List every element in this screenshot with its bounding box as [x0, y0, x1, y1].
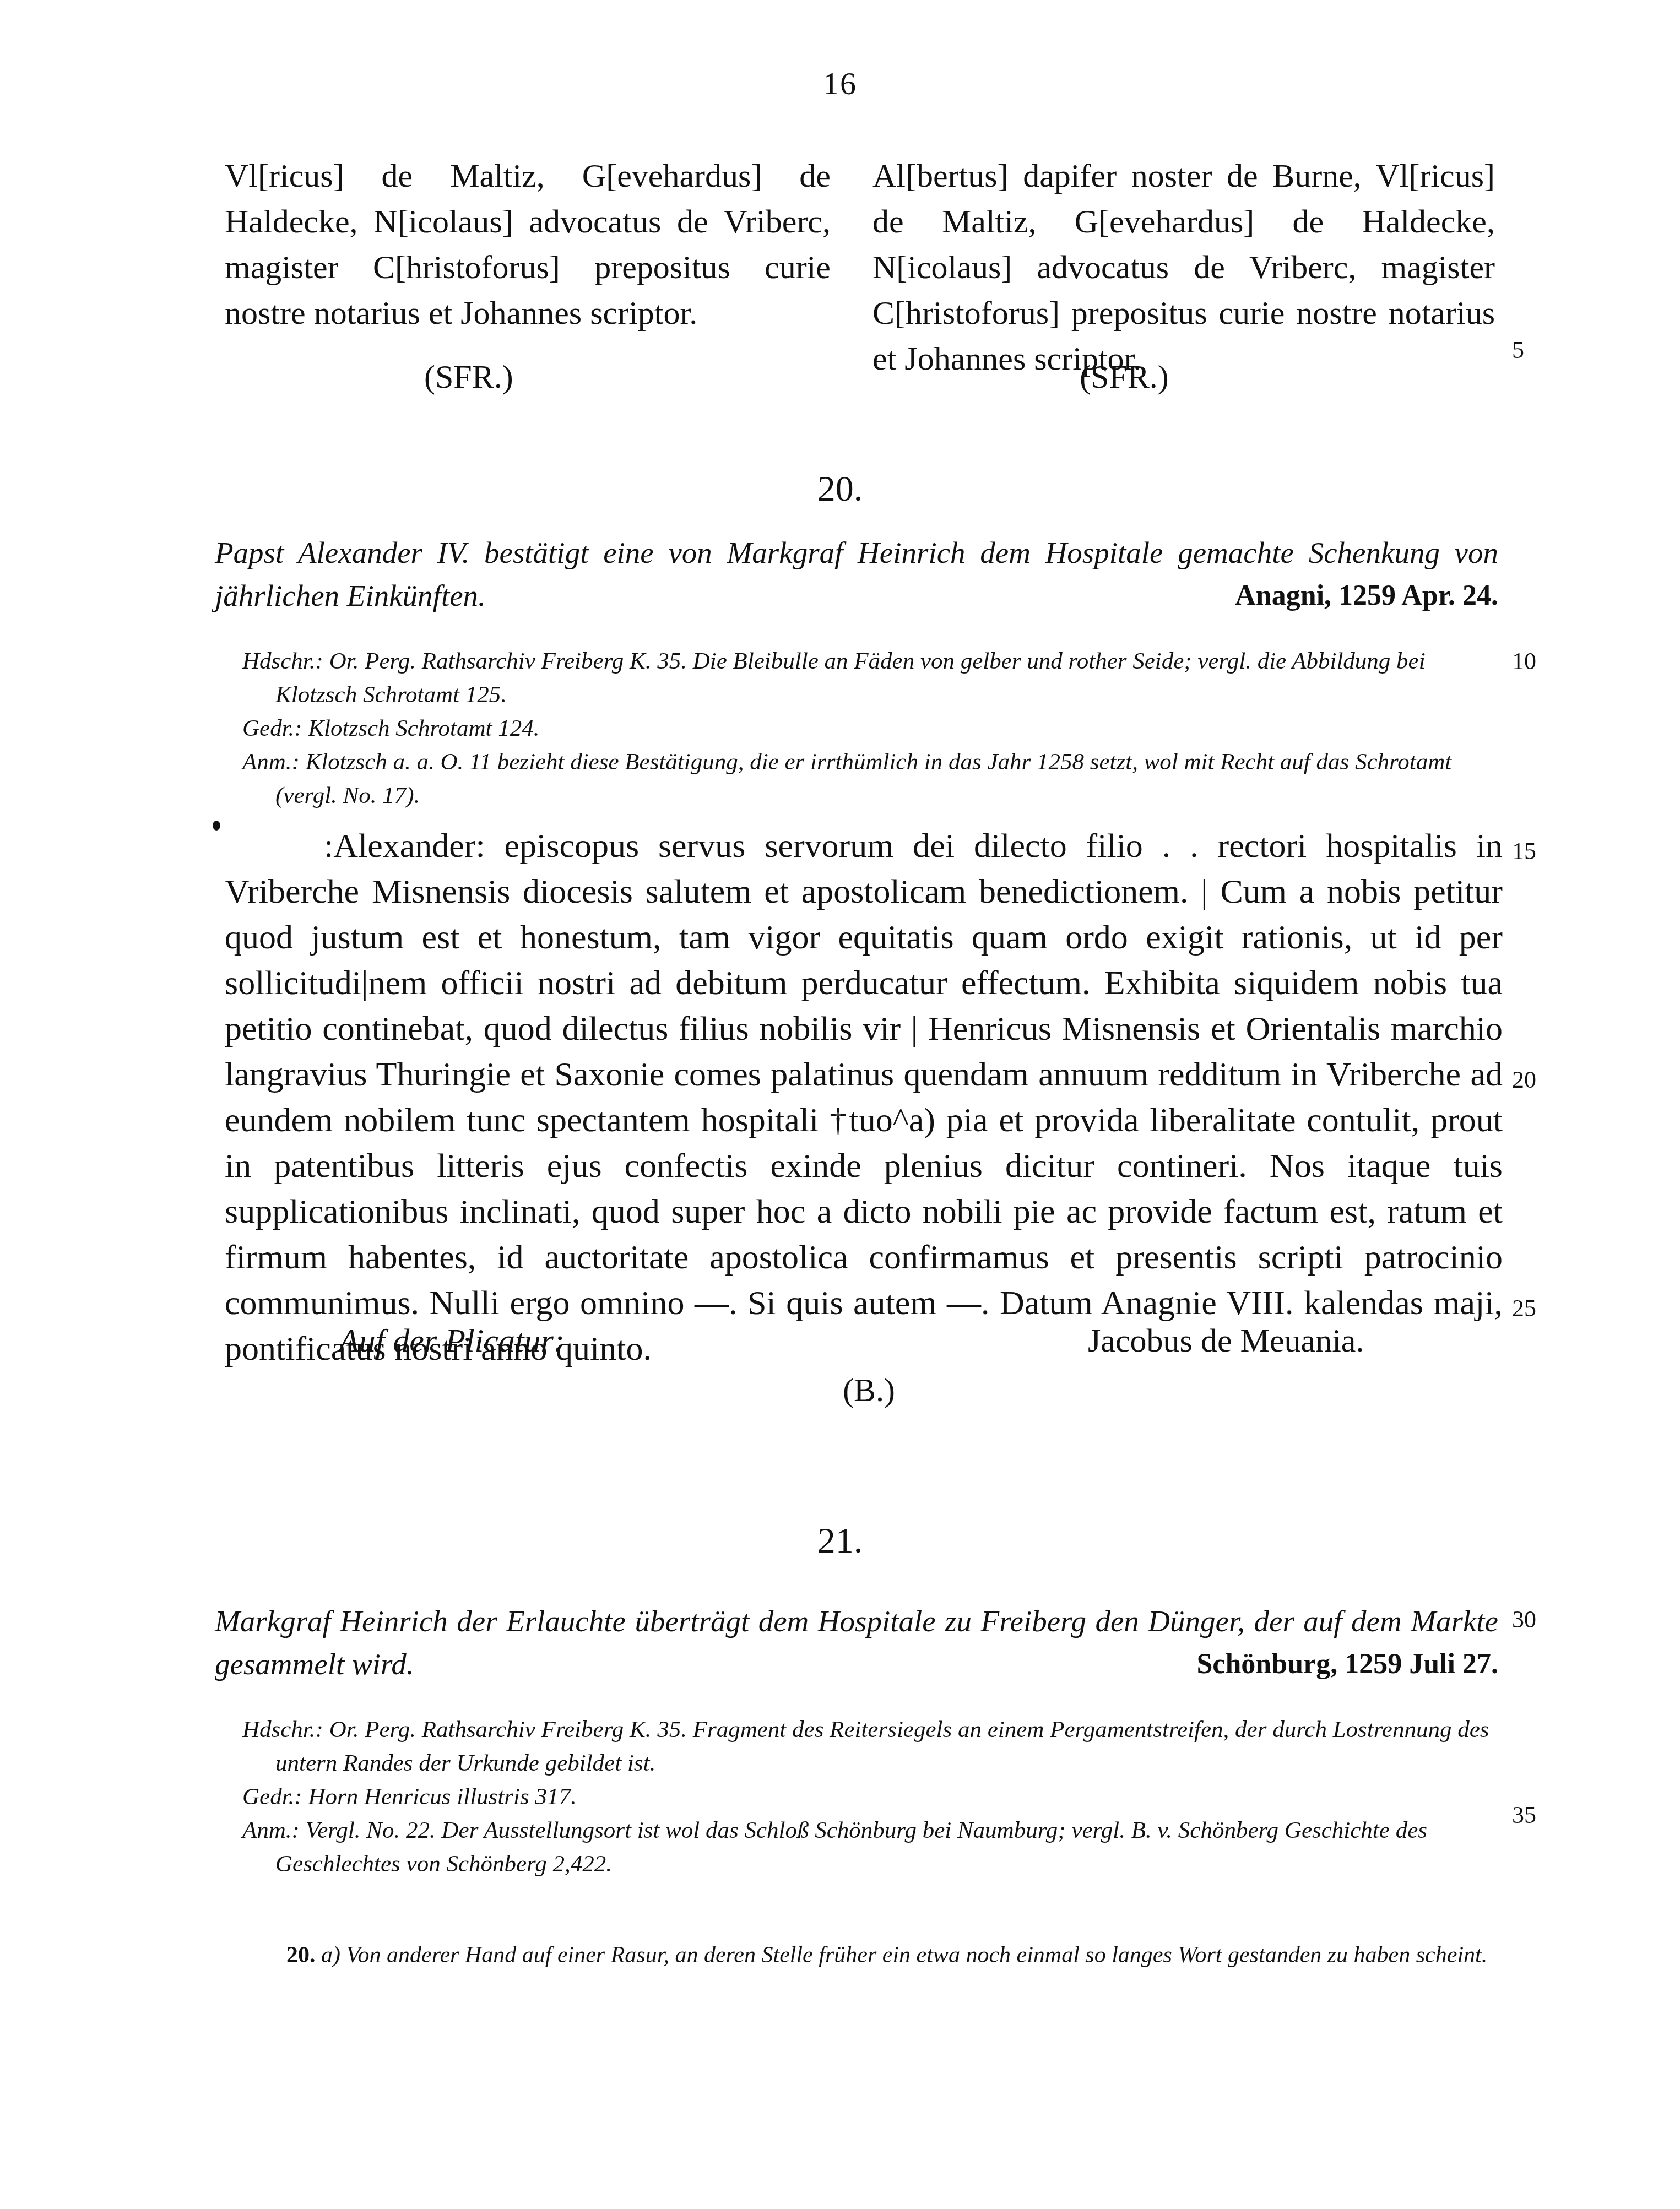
note-manuscript: Hdschr.: Or. Perg. Rathsarchiv Freiberg …	[242, 644, 1504, 712]
note-printed: Gedr.: Klotzsch Schrotamt 124.	[242, 712, 1504, 745]
plicatur-label: Auf der Plicatur:	[339, 1322, 565, 1360]
margin-mark	[213, 821, 220, 831]
place-date: Schönburg, 1259 Juli 27.	[1196, 1643, 1498, 1686]
line-number-25: 25	[1512, 1294, 1536, 1322]
place-date: Anagni, 1259 Apr. 24.	[1235, 574, 1498, 617]
notes-21: Hdschr.: Or. Perg. Rathsarchiv Freiberg …	[242, 1713, 1504, 1881]
regest-20: Papst Alexander IV. bestätigt eine von M…	[215, 531, 1498, 617]
note-manuscript: Hdschr.: Or. Perg. Rathsarchiv Freiberg …	[242, 1713, 1504, 1780]
regest-21: Markgraf Heinrich der Erlauchte überträg…	[215, 1600, 1498, 1686]
page-number-text: 16	[823, 66, 857, 101]
line-number-10: 10	[1512, 647, 1536, 675]
witness-list-left: Vl[ricus] de Maltiz, G[evehardus] de Hal…	[225, 153, 831, 336]
notes-20: Hdschr.: Or. Perg. Rathsarchiv Freiberg …	[242, 644, 1504, 812]
seal-mark-left: (SFR.)	[424, 358, 513, 396]
line-number-30: 30	[1512, 1605, 1536, 1633]
document-number-20: 20.	[0, 468, 1680, 510]
document-number-21: 21.	[0, 1520, 1680, 1562]
charter-text-20: :Alexander: episcopus servus servorum de…	[225, 823, 1503, 1372]
footnote-ref: 20.	[286, 1942, 316, 1968]
seal-mark-b: (B.)	[843, 1371, 895, 1409]
charter-body: :Alexander: episcopus servus servorum de…	[225, 827, 1503, 1367]
witness-list-right: Al[bertus] dapifer noster de Burne, Vl[r…	[872, 153, 1495, 382]
note-printed: Gedr.: Horn Henricus illustris 317.	[242, 1780, 1504, 1814]
line-number-35: 35	[1512, 1801, 1536, 1829]
line-number-20: 20	[1512, 1066, 1536, 1094]
note-remark: Anm.: Klotzsch a. a. O. 11 bezieht diese…	[242, 745, 1504, 812]
footnote-text: a) Von anderer Hand auf einer Rasur, an …	[321, 1942, 1487, 1968]
page-number: 16	[0, 65, 1680, 102]
line-number-15: 15	[1512, 837, 1536, 865]
footnote-20a: 20. a) Von anderer Hand auf einer Rasur,…	[286, 1939, 1520, 1972]
line-number-5: 5	[1512, 336, 1524, 364]
plicatur-signature: Jacobus de Meuania.	[1088, 1322, 1364, 1360]
seal-mark-right: (SFR.)	[1080, 358, 1169, 396]
note-remark: Anm.: Vergl. No. 22. Der Ausstellungsort…	[242, 1814, 1504, 1881]
